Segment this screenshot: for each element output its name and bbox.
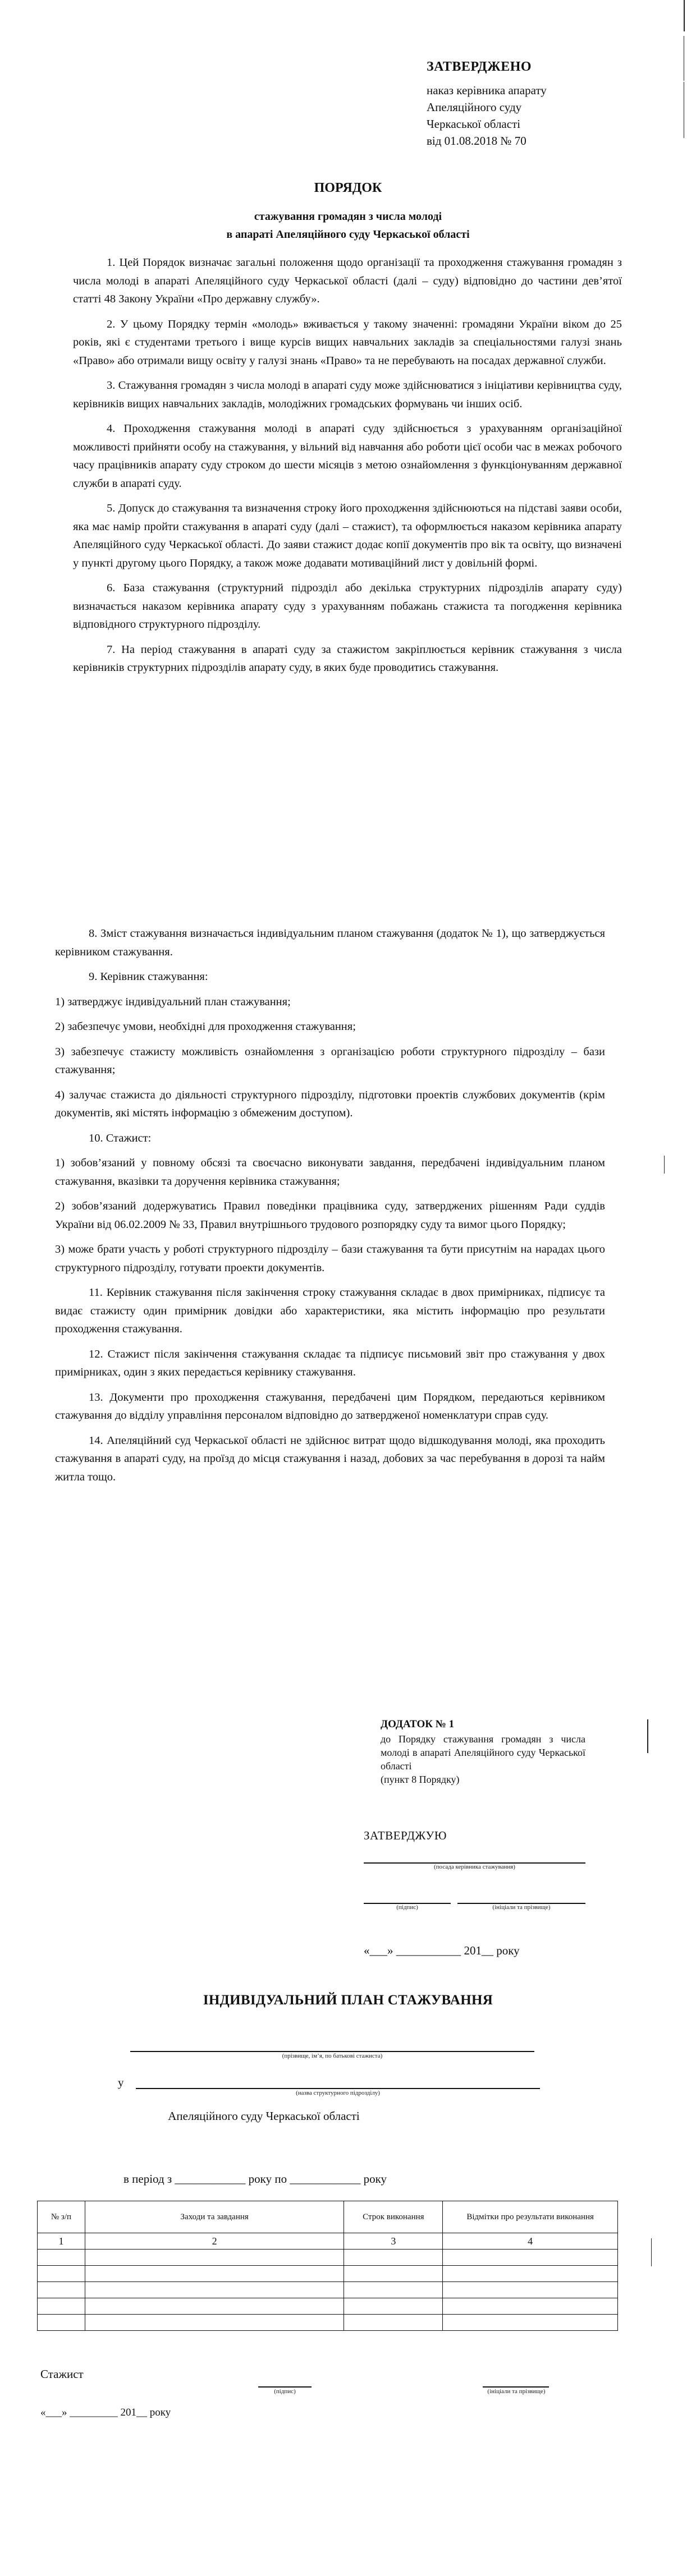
scan-artifact-line — [684, 82, 684, 138]
intern-date-line[interactable]: «___» _________ 201__ року — [40, 2407, 171, 2419]
body-page-2: 8. Зміст стажування визначається індивід… — [55, 924, 605, 1493]
table-cell[interactable] — [38, 2315, 85, 2331]
scan-artifact-line — [684, 0, 685, 31]
table-cell[interactable] — [85, 2298, 344, 2315]
table-row — [38, 2298, 618, 2315]
court-name: Апеляційного суду Черкаської області — [95, 2109, 432, 2123]
appendix-text: до Порядку стажування громадян з числа м… — [381, 1732, 585, 1773]
table-cell[interactable] — [443, 2250, 618, 2266]
paragraph-1: 1. Цей Порядок визначає загальні положен… — [73, 254, 622, 309]
document-subtitle: стажування громадян з числа молоді в апа… — [0, 208, 696, 243]
paragraph-14: 14. Апеляційний суд Черкаської області н… — [55, 1432, 605, 1487]
paragraph-13: 13. Документи про проходження стажування… — [55, 1388, 605, 1425]
paragraph-6: 6. База стажування (структурний підрозді… — [73, 579, 622, 634]
plan-table: № з/п Заходи та завдання Строк виконання… — [37, 2201, 618, 2331]
table-cell[interactable] — [443, 2298, 618, 2315]
column-number-row: 1 2 3 4 — [38, 2233, 618, 2250]
unit-name-line[interactable] — [136, 2088, 540, 2089]
table-cell[interactable] — [443, 2282, 618, 2298]
paragraph-7: 7. На період стажування в апараті суду з… — [73, 641, 622, 677]
table-cell[interactable] — [38, 2282, 85, 2298]
intern-initials-line[interactable] — [483, 2386, 549, 2388]
intern-name-caption: (прізвище, ім’я, по батькові стажиста) — [130, 2053, 534, 2059]
column-header-results: Відмітки про результати виконання — [443, 2201, 618, 2233]
table-row — [38, 2250, 618, 2266]
approval-line: наказ керівника апарату — [427, 82, 640, 99]
intern-name-line[interactable] — [130, 2051, 534, 2052]
table-cell[interactable] — [38, 2298, 85, 2315]
paragraph-4: 4. Проходження стажування молоді в апара… — [73, 420, 622, 493]
table-cell[interactable] — [38, 2250, 85, 2266]
in-label: у — [118, 2076, 124, 2090]
column-header-deadline: Строк виконання — [344, 2201, 443, 2233]
approval-line: від 01.08.2018 № 70 — [427, 132, 640, 149]
table-cell: 1 — [38, 2233, 85, 2250]
approval-line: Апеляційного суду — [427, 99, 640, 116]
paragraph-2: 2. У цьому Порядку термін «молодь» вжива… — [73, 315, 622, 370]
table-cell[interactable] — [85, 2250, 344, 2266]
table-cell: 3 — [344, 2233, 443, 2250]
scan-artifact-line — [684, 36, 684, 81]
approve-label: ЗАТВЕРДЖУЮ — [364, 1829, 447, 1843]
paragraph-3: 3. Стажування громадян з числа молоді в … — [73, 376, 622, 413]
list-item: 3) забезпечує стажисту можливість ознайо… — [55, 1043, 605, 1079]
approval-title: ЗАТВЕРДЖЕНО — [427, 58, 640, 75]
position-caption: (посада керівника стажування) — [364, 1864, 585, 1870]
table-cell[interactable] — [443, 2266, 618, 2282]
intern-signature-line[interactable] — [258, 2386, 312, 2388]
table-row — [38, 2266, 618, 2282]
paragraph-9: 9. Керівник стажування: — [55, 968, 605, 986]
appendix-header: ДОДАТОК № 1 до Порядку стажування громад… — [381, 1718, 585, 1786]
subtitle-line: стажування громадян з числа молоді — [0, 208, 696, 226]
column-header-number: № з/п — [38, 2201, 85, 2233]
table-row — [38, 2282, 618, 2298]
appendix-reference: (пункт 8 Порядку) — [381, 1773, 585, 1786]
table-cell[interactable] — [85, 2266, 344, 2282]
list-item: 2) забезпечує умови, необхідні для прохо… — [55, 1018, 605, 1036]
list-item: 2) зобов’язаний додержуватись Правил пов… — [55, 1197, 605, 1234]
table-cell[interactable] — [344, 2298, 443, 2315]
paragraph-12: 12. Стажист після закінчення стажування … — [55, 1345, 605, 1382]
intern-initials-caption: (ініціали та прізвище) — [471, 2388, 561, 2395]
table-cell: 4 — [443, 2233, 618, 2250]
paragraph-8: 8. Зміст стажування визначається індивід… — [55, 924, 605, 961]
table-header-row: № з/п Заходи та завдання Строк виконання… — [38, 2201, 618, 2233]
table-row — [38, 2315, 618, 2331]
approval-stamp-block: ЗАТВЕРДЖЕНО наказ керівника апарату Апел… — [427, 58, 640, 149]
list-item: 1) зобов’язаний у повному обсязі та своє… — [55, 1154, 605, 1190]
table-cell[interactable] — [38, 2266, 85, 2282]
period-line[interactable]: в період з ____________ року по ________… — [123, 2172, 528, 2186]
intern-signature-caption: (підпис) — [247, 2388, 323, 2395]
table-cell[interactable] — [344, 2266, 443, 2282]
table-cell[interactable] — [344, 2250, 443, 2266]
table-cell[interactable] — [344, 2315, 443, 2331]
scan-artifact-line — [651, 2238, 652, 2266]
approval-line: Черкаської області — [427, 116, 640, 132]
paragraph-5: 5. Допуск до стажування та визначення ст… — [73, 499, 622, 572]
plan-title: ІНДИВІДУАЛЬНИЙ ПЛАН СТАЖУВАННЯ — [0, 1993, 696, 2008]
table-cell[interactable] — [443, 2315, 618, 2331]
column-header-tasks: Заходи та завдання — [85, 2201, 344, 2233]
table-cell: 2 — [85, 2233, 344, 2250]
table-cell[interactable] — [344, 2282, 443, 2298]
table-cell[interactable] — [85, 2315, 344, 2331]
subtitle-line: в апараті Апеляційного суду Черкаської о… — [0, 226, 696, 243]
scan-artifact-line — [647, 1719, 648, 1753]
scan-artifact-line — [664, 1156, 665, 1174]
initials-caption: (ініціали та прізвище) — [457, 1904, 585, 1911]
paragraph-11: 11. Керівник стажування після закінчення… — [55, 1284, 605, 1338]
unit-name-caption: (назва структурного підрозділу) — [136, 2090, 540, 2096]
document-title: ПОРЯДОК — [0, 181, 696, 196]
list-item: 1) затверджує індивідуальний план стажув… — [55, 993, 605, 1011]
list-item: 4) залучає стажиста до діяльності структ… — [55, 1086, 605, 1123]
paragraph-10: 10. Стажист: — [55, 1129, 605, 1148]
list-item: 3) може брати участь у роботі структурно… — [55, 1240, 605, 1277]
table-cell[interactable] — [85, 2282, 344, 2298]
approval-date-line[interactable]: «___» ___________ 201__ року — [364, 1944, 520, 1958]
appendix-title: ДОДАТОК № 1 — [381, 1718, 585, 1731]
intern-label: Стажист — [40, 2367, 84, 2381]
body-page-1: 1. Цей Порядок визначає загальні положен… — [73, 254, 622, 684]
signature-caption: (підпис) — [364, 1904, 451, 1911]
